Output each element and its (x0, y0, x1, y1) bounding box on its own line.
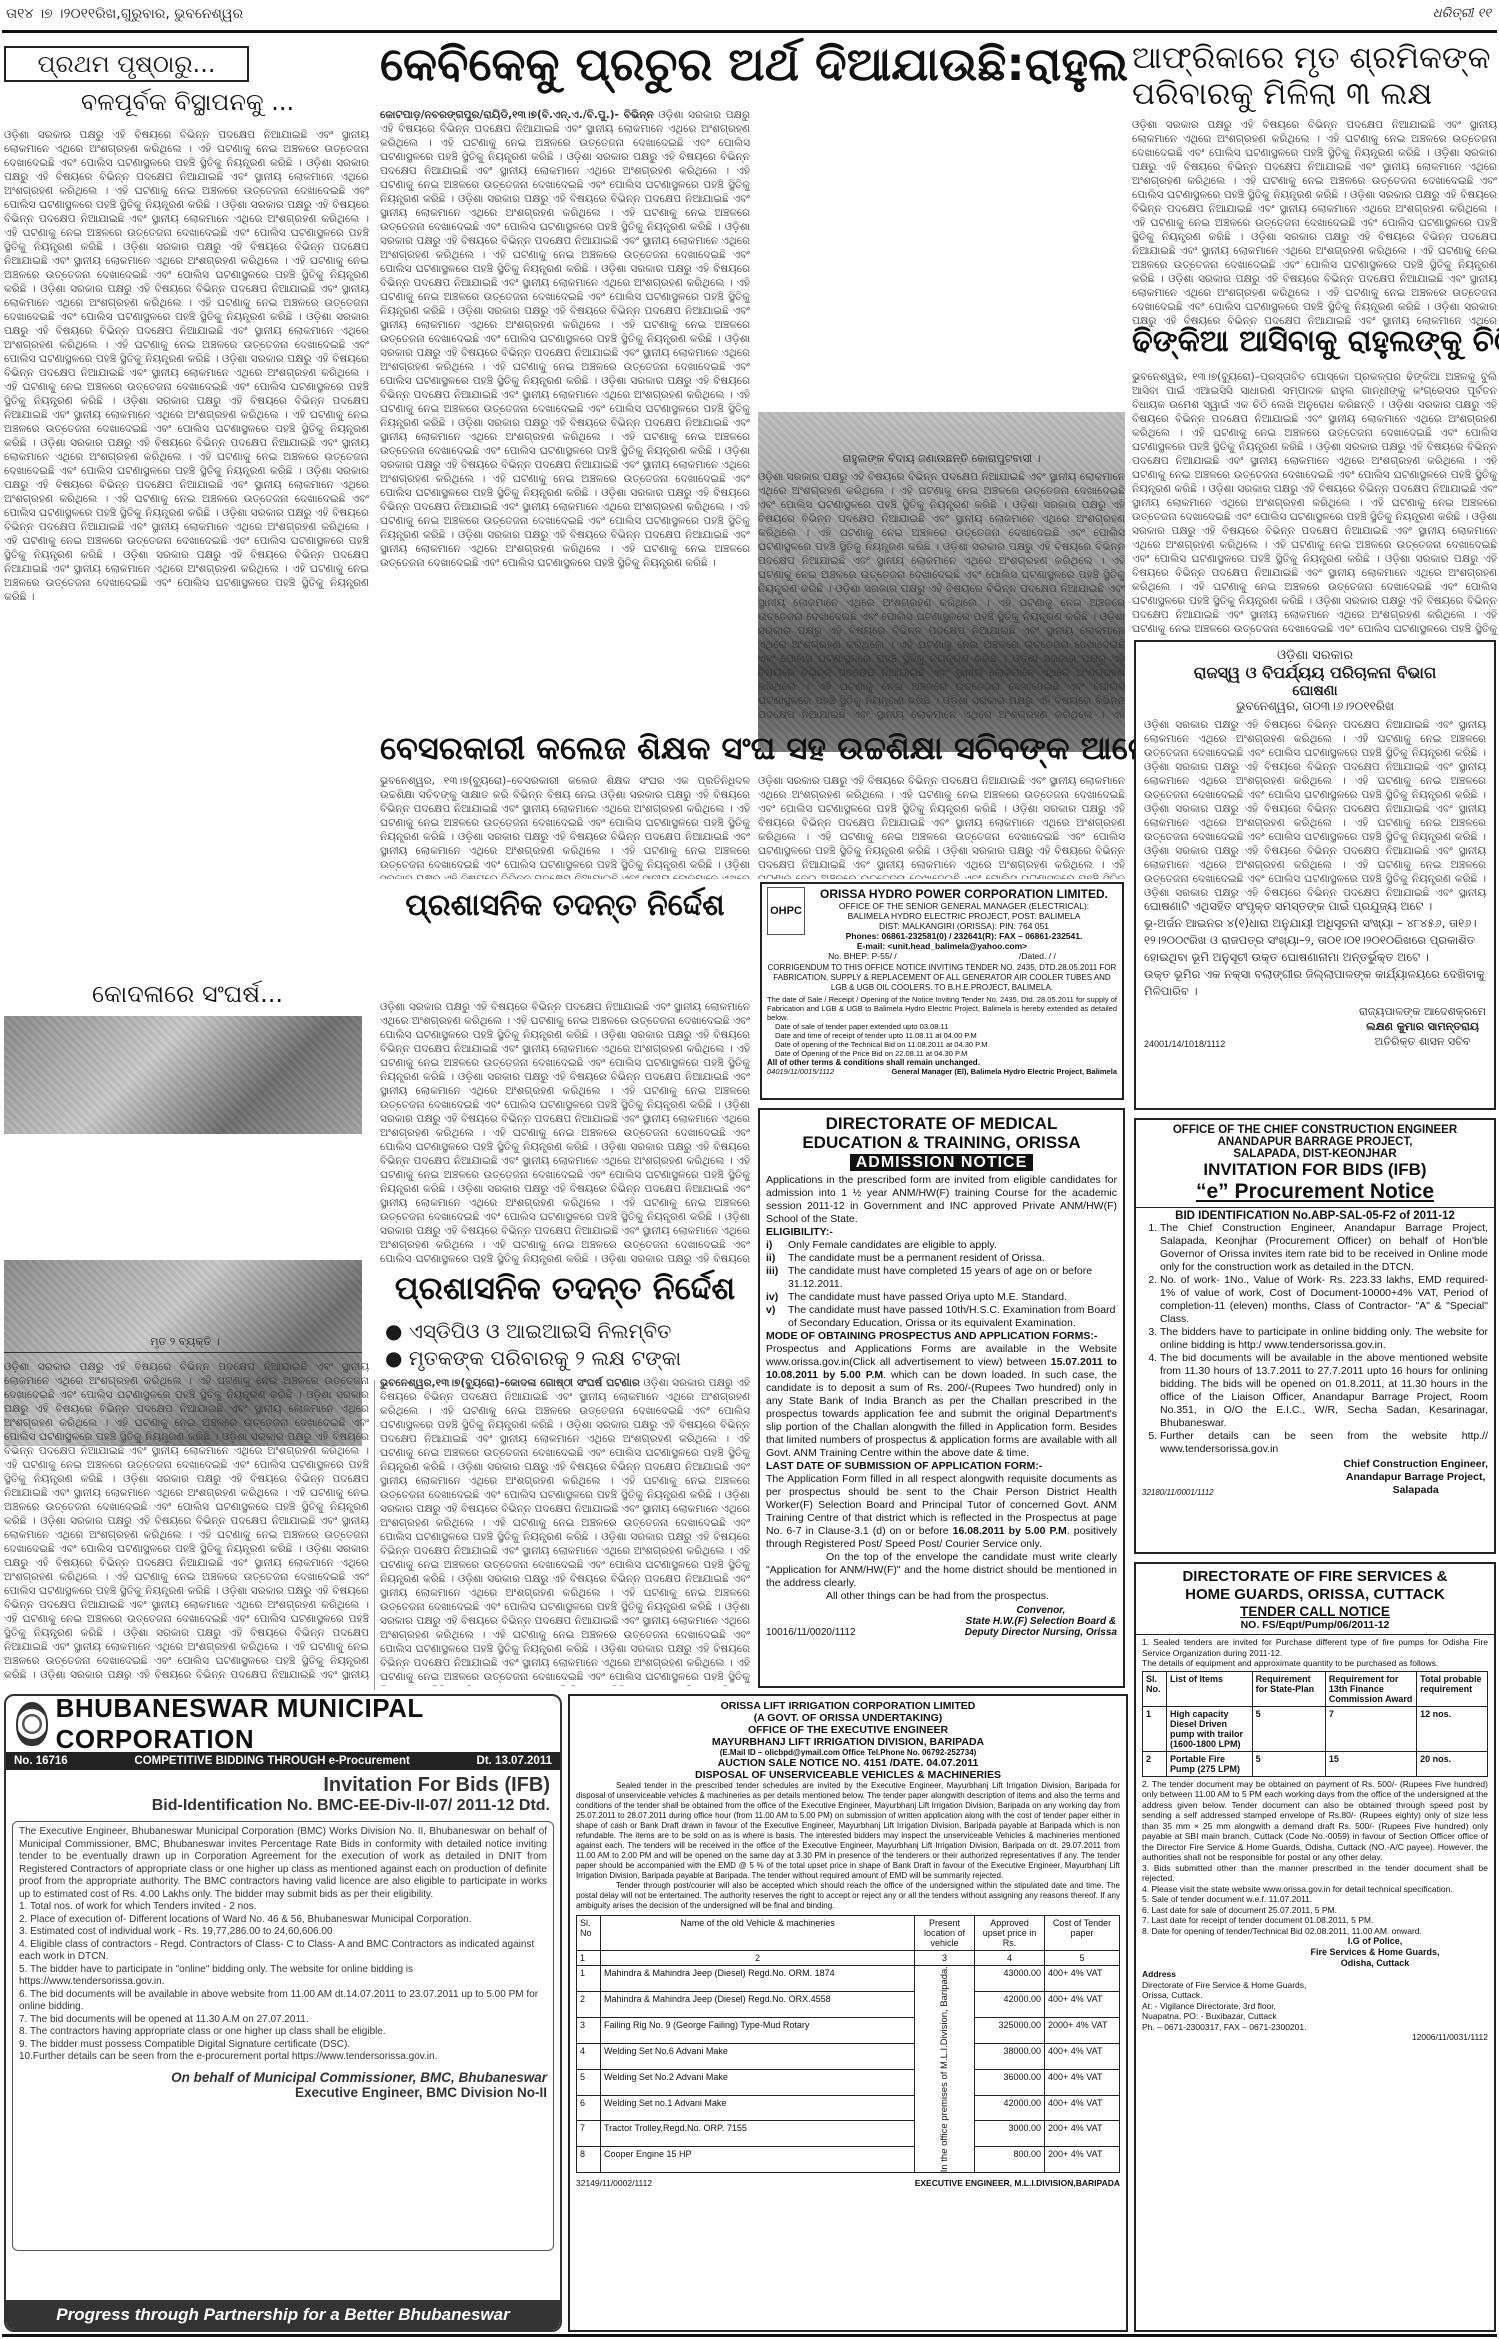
medical-title1: DIRECTORATE OF MEDICAL (766, 1114, 1117, 1133)
inquiry-pre-body: ଓଡ଼ିଶା ସରକାର ପକ୍ଷରୁ ଏହି ବିଷୟରେ ବିଭିନ୍ନ ପ… (380, 1000, 750, 1265)
fire-para: 3. Bids submitted other than the manner … (1142, 1863, 1488, 1884)
anandapur-item: No. of work- 1No., Value of Work- Rs. 22… (1160, 1274, 1488, 1326)
fire-table: Sl. No. List of Items Requirement for St… (1142, 1671, 1488, 1777)
anandapur-title4: INVITATION FOR BIDS (IFB) (1142, 1160, 1488, 1180)
bmc-sign1: On behalf of Municipal Commissioner, BMC… (171, 2070, 455, 2085)
fire-signatory: Odisha, Cuttack (1262, 1958, 1488, 1969)
bmc-bid-id: Bid-Identification No. BMC-EE-Div-II-07/… (16, 1797, 550, 1815)
eligibility-item: iv)The candidate must have passed Oriya … (766, 1291, 1117, 1304)
bmc-sign2: Bhubaneswar (458, 2070, 547, 2085)
anandapur-ad: OFFICE OF THE CHIEF CONSTRUCTION ENGINEE… (1134, 1118, 1496, 1554)
govt-para2: ଭୂ-ଅର୍ଜନ ଆଇନର ୪(୧)ଧାରା ଅନୁଯାୟୀ ଅଧିସୂଚନା … (1144, 915, 1486, 966)
olic-title1: ORISSA LIFT IRRIGATION CORPORATION LIMIT… (576, 1700, 1120, 1712)
anandapur-signatory: Anandapur Barrage Project, (1343, 1471, 1488, 1484)
olic-title3: OFFICE OF THE EXECUTIVE ENGINEER (576, 1724, 1120, 1736)
eligibility-heading: ELIGIBILITY:- (766, 1226, 833, 1238)
dhenkia-body: ଭୁବନେଶ୍ୱର, ୧୩।୭(ବ୍ୟୁରୋ)–ପ୍ରସ୍ତାବିତ ପୋସ୍କ… (1132, 370, 1497, 635)
govt-notice: ଓଡ଼ିଶା ସରକାର ରାଜସ୍ୱ ଓ ବିପର୍ଯ୍ୟୟ ପରିଚାଳନା… (1134, 640, 1496, 1110)
anandapur-bid-id: BID IDENTIFICATION No.ABP-SAL-05-F2 of 2… (1142, 1210, 1488, 1222)
govt-ref: 24001/14/1018/1112 (1144, 1039, 1225, 1049)
medical-title2: EDUCATION & TRAINING, ORISSA (766, 1133, 1117, 1152)
fire-title3: TENDER CALL NOTICE (1142, 1604, 1488, 1619)
ohpc-title: ORISSA HYDRO POWER CORPORATION LIMITED. (811, 887, 1117, 901)
bmc-item: 9. The bidder must possess Compatible Di… (19, 2039, 547, 2052)
bmc-ad: BHUBANESWAR MUNICIPAL CORPORATION No. 16… (4, 1694, 562, 2332)
medical-ad: DIRECTORATE OF MEDICAL EDUCATION & TRAIN… (758, 1108, 1125, 1688)
bmc-item: 4. Eligible class of contractors - Regd.… (19, 1939, 547, 1964)
table-row: 4Welding Set No.6 Advani Make38000.00400… (577, 2043, 1120, 2069)
fire-address-heading: Address (1142, 1969, 1176, 1979)
ohpc-line1: OFFICE OF THE SENIOR GENERAL MANAGER (EL… (811, 901, 1117, 911)
bmc-date: Dt. 13.07.2011 (477, 1755, 552, 1767)
medical-signatory: Deputy Director Nursing, Orissa (965, 1627, 1117, 1638)
last-date-heading: LAST DATE OF SUBMISSION OF APPLICATION F… (766, 1460, 1042, 1472)
fire-title2: HOME GUARDS, ORISSA, CUTTACK (1142, 1586, 1488, 1604)
ohpc-line3: DIST: MALKANGIRI (ORISSA): PIN: 764 051 (811, 921, 1117, 931)
govt-title2: ରାଜସ୍ୱ ଓ ବିପର୍ଯ୍ୟୟ ପରିଚାଳନା ବିଭାଗ (1144, 663, 1486, 683)
govt-sign3: ଅତିରିକ୍ତ ଶାସନ ସଚିବ (1359, 1034, 1486, 1049)
fire-ad: DIRECTORATE OF FIRE SERVICES & HOME GUAR… (1134, 1562, 1496, 2332)
ohpc-ad: OHPC ORISSA HYDRO POWER CORPORATION LIMI… (760, 882, 1124, 1100)
photo-caption: ମୃତ ୨ ବ୍ୟକ୍ତି । (0, 1335, 370, 1349)
ohpc-line2: BALIMELA HYDRO ELECTRIC PROJECT, POST: B… (811, 911, 1117, 921)
anandapur-title3: SALAPADA, DIST-KEONJHAR (1142, 1148, 1488, 1160)
govt-para3: ଉକ୍ତ ଭୂମିର ଏକ ନକ୍ସା ବଲାଙ୍ଗୀର ଜିଲ୍ଲାପାଳଙ୍… (1144, 966, 1486, 1000)
bmc-bar-text: COMPETITIVE BIDDING THROUGH e-Procuremen… (134, 1755, 409, 1767)
masthead: ତା୧୪ ।୭ ।୨୦୧୧ରିଖ,ଗୁରୁବାର, ଭୁବନେଶ୍ୱର ଧରିତ… (0, 0, 1499, 30)
govt-place-date: ଭୁବନେଶ୍ୱର, ତା୦୩।୬।୨୦୧୧ରିଖ (1144, 699, 1486, 714)
admission-notice-banner: ADMISSION NOTICE (850, 1154, 1034, 1171)
bmc-item: 1. Total nos. of work for which Tenders … (19, 1901, 547, 1914)
govt-sign1: ରାଜ୍ୟପାଳଙ୍କ ଆଦେଶକ୍ରମେ (1359, 1004, 1486, 1019)
table-row: 2 Portable Fire Pump (275 LPM) 5 15 20 n… (1143, 1751, 1488, 1776)
last-date-text: The Application Form filled in all respe… (766, 1473, 1117, 1551)
olic-table-header: Sl. No Name of the old Vehicle & machine… (577, 1916, 1120, 1951)
inquiry-bullet: ● ଏସ୍‌ଡିପିଓ ଓ ଆଇଆଇସି ନିଲମ୍ବିତ (385, 1318, 755, 1345)
bmc-item: 10.Further details can be seen from the … (19, 2051, 547, 2064)
table-row: 8Cooper Engine 15 HP800.00200+ 4% VAT (577, 2147, 1120, 2173)
fire-para: 4. Please visit the state website www.or… (1142, 1884, 1488, 1895)
ohpc-footer-note: All of other terms & conditions shall re… (767, 1058, 1117, 1067)
bmc-sign3: Executive Engineer, BMC Division No-II (19, 2085, 547, 2100)
anandapur-title2: ANANDAPUR BARRAGE PROJECT, (1142, 1136, 1488, 1148)
eligibility-list: i)Only Female candidates are eligible to… (766, 1239, 1117, 1330)
ohpc-body: The date of Sale / Receipt / Opening of … (767, 995, 1117, 1022)
column-divider (374, 1380, 375, 1690)
olic-table: Sl. No Name of the old Vehicle & machine… (576, 1915, 1120, 2173)
fire-para: 8. Date for opening of tender/Technical … (1142, 1926, 1488, 1937)
story2-body: ଓଡ଼ିଶା ସରକାର ପକ୍ଷରୁ ଏହି ବିଷୟରେ ବିଭିନ୍ନ ପ… (4, 1360, 369, 1680)
fire-signatory: I.G of Police, (1262, 1936, 1488, 1947)
fire-address-line: At: - Vigilance Directorate, 3rd floor, (1142, 2001, 1488, 2012)
fire-para1b: The details of equipment and approximate… (1142, 1658, 1488, 1669)
govt-title3: ଘୋଷଣା (1144, 683, 1486, 699)
caption-rule (4, 1352, 362, 1353)
eligibility-item: ii)The candidate must be a permanent res… (766, 1252, 1117, 1265)
fire-address-line: Orissa, Cuttack. (1142, 1990, 1488, 2001)
ohpc-dated: /Dated. / / (1019, 951, 1056, 961)
bmc-item: 5. The bidder have to participate in "on… (19, 1964, 547, 1989)
ohpc-date-item: Date of sale of tender paper extended up… (775, 1022, 1117, 1031)
table-row: 1 Mahindra & Mahindra Jeep (Diesel) Regd… (577, 1966, 1120, 1992)
right-headline: ଆଫ୍ରିକାରେ ମୃତ ଶ୍ରମିକଙ୍କ ପରିବାରକୁ ମିଳିଲା … (1132, 40, 1497, 112)
story1-heading: ବଳପୂର୍ବକ ବିସ୍ଥାପନକୁ ... (0, 90, 375, 115)
dhenkia-headline: ଢିଙ୍କିଆ ଆସିବାକୁ ରାହୁଲଙ୍କୁ ଚିଠି (1132, 326, 1497, 358)
story2-photo-top (4, 1016, 362, 1134)
olic-title2: (A GOVT. OF ORISSA UNDERTAKING) (576, 1712, 1120, 1724)
anandapur-signatory: Chief Construction Engineer, (1343, 1458, 1488, 1471)
envelope-note: On the top of the envelope the candidate… (766, 1551, 1117, 1590)
fire-title1: DIRECTORATE OF FIRE SERVICES & (1142, 1568, 1488, 1586)
anandapur-ref: 32180/11/0001/1112 (1142, 1488, 1214, 1497)
lead-headline: କେବିକେକୁ ପ୍ରଚୁର ଅର୍ଥ ଦିଆଯାଉଛି:ରାହୁଲ (380, 40, 1125, 88)
fire-para: 7. Last date for receipt of tender docum… (1142, 1915, 1488, 1926)
masthead-rule (2, 30, 1497, 33)
table-row: 3Failing Rig No. 9 (George Failing) Type… (577, 2017, 1120, 2043)
anandapur-item: Further details can be seen from the web… (1160, 1430, 1488, 1456)
ohpc-ref: 04019/11/0015/1112 (767, 1067, 834, 1076)
bmc-title: BHUBANESWAR MUNICIPAL CORPORATION (56, 1694, 550, 1755)
anandapur-title1: OFFICE OF THE CHIEF CONSTRUCTION ENGINEE… (1142, 1124, 1488, 1136)
bmc-item: 2. Place of execution of- Different loca… (19, 1914, 547, 1927)
eligibility-item: i)Only Female candidates are eligible to… (766, 1239, 1117, 1252)
olic-contact: (E.Mail ID – olicbpd@ymail.com Office Te… (576, 1748, 1120, 1757)
fire-para1: 1. Sealed tenders are invited for Purcha… (1142, 1637, 1488, 1658)
page-folio: ଧରିତ୍ରୀ ୧୧ (1433, 6, 1491, 21)
govt-sign2: ଲକ୍ଷଣ କୁମାର ସାମନ୍ତରାୟ (1359, 1019, 1486, 1034)
govt-para1: ଘୋଷଣାଟି ଏଥିସହିତ ସଂପୃକ୍ତ ସମସ୍ତଙ୍କ ପାଇଁ ପ୍… (1144, 898, 1486, 915)
story1-body: ଓଡ଼ିଶା ସରକାର ପକ୍ଷରୁ ଏହି ବିଷୟରେ ବିଭିନ୍ନ ପ… (4, 128, 369, 978)
fire-notice-no: NO. FS/Eqpt/Pump/06/2011-12 (1142, 1619, 1488, 1631)
ohpc-corrigendum: CORRIGENDUM TO THIS OFFICE NOTICE INVITI… (767, 963, 1117, 993)
olic-location: In the office premises of M.L.I.Division… (939, 1966, 950, 2172)
fire-para: 5. Sale of tender document w.e.f. 11.07.… (1142, 1894, 1488, 1905)
lead-body-col2: ଓଡ଼ିଶା ସରକାର ପକ୍ଷରୁ ଏହି ବିଷୟରେ ବିଭିନ୍ନ ପ… (758, 470, 1125, 720)
bmc-item: 7. The bid documents will be opened at 1… (19, 2014, 547, 2027)
ohpc-dates: Date of sale of tender paper extended up… (767, 1022, 1117, 1058)
inquiry-body: ଭୁବନେଶ୍ୱର,୧୩।୭(ବ୍ୟୁରୋ)–କୋଦଳା ଗୋଷ୍ଠୀ ସଂଘର… (380, 1376, 750, 1686)
lead-photo-caption: ରାହୁଲଙ୍କ ବିଦାୟ ଜଣାଉଛନ୍ତି କୋରାପୁଟବାସୀ । (758, 452, 1125, 466)
ohpc-email: E-mail: <unit.head_balimela@yahoo.com> (767, 941, 1117, 951)
section-box-label: ପ୍ରଥମ ପୃଷ୍ଠାରୁ... (38, 50, 216, 78)
fire-address-line: Directorate of Fire Service & Home Guard… (1142, 1980, 1488, 1991)
bmc-logo-icon (16, 1702, 48, 1746)
bmc-ifb: Invitation For Bids (IFB) (16, 1774, 550, 1797)
section-box: ପ୍ରଥମ ପୃଷ୍ଠାରୁ... (4, 46, 249, 82)
page-number: ୧୧ (1477, 6, 1491, 21)
ohpc-phones: Phones: 06861-232581(0) / 232641(R): FAX… (811, 931, 1117, 941)
bmc-no: No. 16716 (14, 1755, 68, 1767)
govt-body-filler: ଓଡ଼ିଶା ସରକାର ପକ୍ଷରୁ ଏହି ବିଷୟରେ ବିଭିନ୍ନ ପ… (1144, 718, 1486, 898)
bmc-slogan: Progress through Partnership for a Bette… (6, 2300, 560, 2330)
inquiry-bullet: ● ମୃତକଙ୍କ ପରିବାରକୁ ୨ ଲକ୍ଷ ଟଙ୍କା (385, 1345, 755, 1372)
right-body: ଓଡ଼ିଶା ସରକାର ପକ୍ଷରୁ ଏହି ବିଷୟରେ ବିଭିନ୍ନ ପ… (1132, 118, 1497, 328)
table-row: 7Tractor Trolley,Regd.No. ORP. 71553000.… (577, 2121, 1120, 2147)
table-row: 5Welding Set No.2 Advani Make36000.00400… (577, 2069, 1120, 2095)
fire-para: 6. Last date for sale of document 25.07.… (1142, 1905, 1488, 1916)
inquiry-headline: ପ୍ରଶାସନିକ ତଦନ୍ତ ନିର୍ଦ୍ଦେଶ (380, 890, 750, 922)
bmc-item: 8. The contractors having appropriate cl… (19, 2026, 547, 2039)
lead-body-col1: କୋଟପାଡ଼/ନବରଙ୍ଗପୁର/ରାୟିଡି,୧୩।୭(ବି.ଏନ୍.ଏ./… (380, 108, 750, 718)
mode-text: Prospectus and Applications Forms are av… (766, 1343, 1117, 1460)
fire-para: 2. The tender document may be obtained o… (1142, 1779, 1488, 1863)
olic-ad: ORISSA LIFT IRRIGATION CORPORATION LIMIT… (568, 1694, 1128, 2332)
govt-title1: ଓଡ଼ିଶା ସରକାର (1144, 648, 1486, 663)
olic-col-numbers: 1 2 3 4 5 (577, 1951, 1120, 1966)
bmc-item: 6. The bid documents will be available i… (19, 1989, 547, 2014)
ohpc-signatory: General Manager (El), Balimela Hydro Ele… (891, 1067, 1117, 1076)
olic-subject: DISPOSAL OF UNSERVICEABLE VEHICLES & MAC… (576, 1769, 1120, 1781)
fire-ref: 12006/11/0031/1112 (1142, 2032, 1488, 2042)
ohpc-ref-no: No. BHEP: P-55/ / (828, 951, 897, 961)
bmc-items: 1. Total nos. of work for which Tenders … (19, 1901, 547, 2064)
college-body-col1: ଭୁବନେଶ୍ୱର, ୧୩।୭(ବ୍ୟୁରୋ)–ବେସରକାରୀ କଲେଜ ଶି… (380, 774, 750, 879)
olic-body: Sealed tender in the prescribed tender s… (576, 1781, 1120, 1881)
college-headline: ବେସରକାରୀ କଲେଜ ଶିକ୍ଷକ ସଂଘ ସହ ଉଚ୍ଚଶିକ୍ଷା ସ… (380, 732, 1125, 766)
lead-dateline: କୋଟପାଡ଼/ନବରଙ୍ଗପୁର/ରାୟିଡି,୧୩।୭(ବି.ଏନ୍.ଏ./… (380, 109, 654, 121)
ohpc-date-item: Date of opening of the Technical Bid on … (775, 1040, 1117, 1049)
medical-signatory: Convenor, (965, 1605, 1117, 1616)
paper-name: ଧରିତ୍ରୀ (1433, 6, 1474, 21)
table-row: 1 High capacity Diesel Driven pump with … (1143, 1706, 1488, 1751)
anandapur-item: The Chief Construction Engineer, Anandap… (1160, 1222, 1488, 1274)
medical-closing: All other things can be had from the pro… (766, 1590, 1117, 1603)
medical-ref: 10016/11/0020/1112 (766, 1627, 856, 1638)
inquiry-bullets: ● ଏସ୍‌ଡିପିଓ ଓ ଆଇଆଇସି ନିଲମ୍ବିତ ● ମୃତକଙ୍କ … (385, 1318, 755, 1372)
ohpc-logo: OHPC (767, 887, 805, 935)
olic-signatory: EXECUTIVE ENGINEER, M.L.I.DIVISION,BARIP… (915, 2178, 1120, 2188)
anandapur-signatory: Salapada (1343, 1484, 1488, 1497)
fire-paras: 2. The tender document may be obtained o… (1142, 1779, 1488, 1937)
fire-address-line: Nuapatna, PO: - Buxibazar, Cuttack (1142, 2011, 1488, 2022)
inquiry-headline-main: ପ୍ରଶାସନିକ ତଦନ୍ତ ନିର୍ଦ୍ଦେଶ (380, 1272, 750, 1306)
anandapur-items: The Chief Construction Engineer, Anandap… (1142, 1222, 1488, 1456)
eligibility-item: iii)The candidate must have completed 15… (766, 1265, 1117, 1291)
eligibility-item: v)The candidate must have passed 10th/H.… (766, 1304, 1117, 1330)
bmc-body: The Executive Engineer, Bhubaneswar Muni… (19, 1826, 547, 1901)
medical-intro: Applications in the prescribed form are … (766, 1174, 1117, 1226)
medical-signatory: State H.W.(F) Selection Board & (965, 1616, 1117, 1627)
anandapur-title5: “e” Procurement Notice (1142, 1180, 1488, 1204)
ohpc-date-item: Date and time of receipt of tender upto … (775, 1031, 1117, 1040)
college-body-col2: ଓଡ଼ିଶା ସରକାର ପକ୍ଷରୁ ଏହି ବିଷୟରେ ବିଭିନ୍ନ ପ… (758, 774, 1125, 879)
fire-address-line: Ph. – 0671-2300317, FAX – 0671-2300201. (1142, 2022, 1488, 2033)
fire-signatory: Fire Services & Home Guards, (1262, 1947, 1488, 1958)
anandapur-item: The bidders have to participate in onlin… (1160, 1326, 1488, 1352)
date-line: ତା୧୪ ।୭ ।୨୦୧୧ରିଖ,ଗୁରୁବାର, ଭୁବନେଶ୍ୱର (6, 6, 243, 22)
olic-title4: MAYURBHANJ LIFT IRRIGATION DIVISION, BAR… (576, 1736, 1120, 1748)
table-row: 2Mahindra & Mahindra Jeep (Diesel) Regd.… (577, 1991, 1120, 2017)
olic-body2: Tender through post/courier will also be… (576, 1881, 1120, 1911)
fire-table-header: Sl. No. List of Items Requirement for St… (1143, 1671, 1488, 1706)
mode-heading: MODE OF OBTAINING PROSPECTUS AND APPLICA… (766, 1330, 1097, 1342)
bmc-item: 3. Estimated cost of individual work - R… (19, 1926, 547, 1939)
olic-notice: AUCTION SALE NOTICE NO. 4151 /DATE. 04.0… (576, 1757, 1120, 1769)
bottom-rule (2, 2334, 1497, 2337)
ohpc-date-item: Date of Opening of the Price Bid on 22.0… (775, 1049, 1117, 1058)
table-row: 6Welding Set no.1 Advani Make42000.00400… (577, 2095, 1120, 2121)
story2-heading: କୋଦଳାରେ ସଂଘର୍ଷ... (0, 982, 375, 1007)
anandapur-item: The bid documents will be available in t… (1160, 1352, 1488, 1430)
olic-ref: 32149/11/0002/1112 (576, 2178, 652, 2188)
